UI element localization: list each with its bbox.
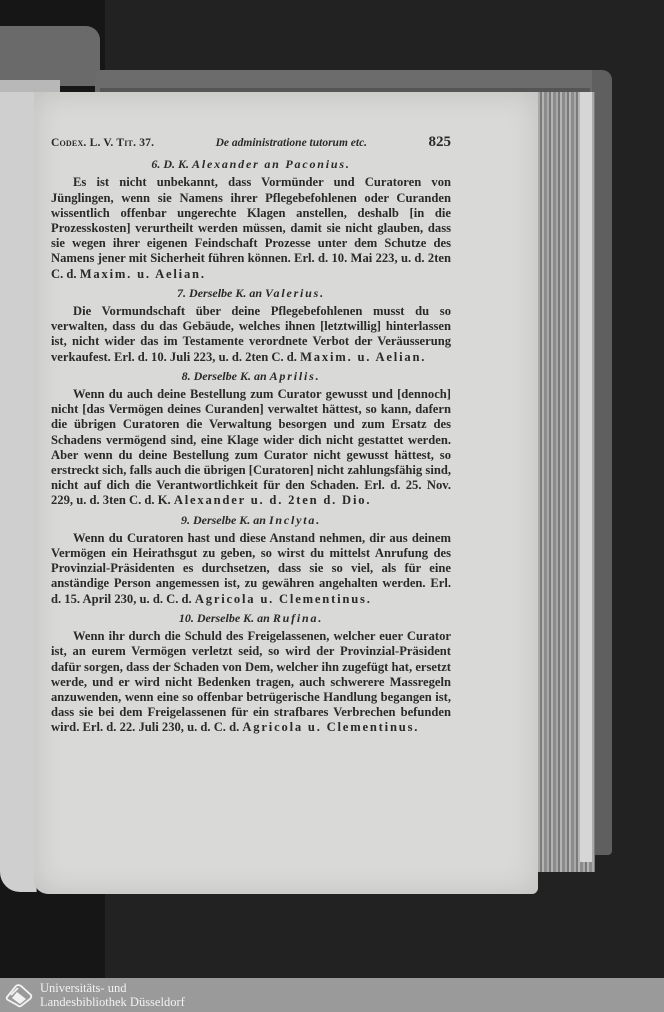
section-consuls: Agricola u. Clementinus.	[242, 720, 419, 734]
section-addressor: D. K.	[163, 157, 189, 171]
section-heading: 6. D. K. Alexander an Paconius.	[51, 157, 451, 172]
page-edge-light	[580, 92, 592, 862]
section-consuls: Maxim. u. Aelian.	[300, 350, 426, 364]
section-body: Wenn ihr durch die Schuld des Freigelass…	[51, 629, 451, 734]
section-addressee: Aprilis.	[270, 369, 321, 383]
section-body: Es ist nicht unbekannt, dass Vormünder u…	[51, 175, 451, 280]
section-consuls: Agricola u. Clementinus.	[195, 592, 372, 606]
page-content: Codex. L. V. Tit. 37. De administratione…	[51, 135, 451, 740]
running-head-title: De administratione tutorum etc.	[216, 136, 367, 151]
section-number: 6.	[151, 157, 160, 171]
section-heading: 10. Derselbe K. an Rufina.	[51, 611, 451, 626]
left-cover	[0, 26, 100, 86]
section-number: 8.	[182, 369, 191, 383]
section-heading: 9. Derselbe K. an Inclyta.	[51, 513, 451, 528]
book-cover-right	[592, 70, 612, 855]
section-text: Wenn ihr durch die Schuld des Freigelass…	[51, 629, 451, 735]
section-text: Wenn du Curatoren hast und diese Anstand…	[51, 531, 451, 607]
section-addressee: Alexander an Paconius.	[192, 157, 351, 171]
section-text: Wenn du auch deine Bestellung zum Curato…	[51, 387, 451, 509]
book-scan: Codex. L. V. Tit. 37. De administratione…	[0, 0, 664, 978]
section-addressor: Derselbe K. an	[189, 286, 262, 300]
section-addressor: Derselbe K. an	[193, 513, 266, 527]
section-text: Die Vormundschaft über deine Pflegebefoh…	[51, 304, 451, 365]
section-text: Es ist nicht unbekannt, dass Vormünder u…	[51, 175, 451, 281]
book-logo-icon	[4, 982, 34, 1008]
section-number: 10.	[179, 611, 194, 625]
library-name-line1: Universitäts- und	[40, 981, 185, 995]
section-heading: 8. Derselbe K. an Aprilis.	[51, 369, 451, 384]
left-page	[0, 92, 37, 892]
section-addressee: Inclyta.	[269, 513, 321, 527]
page-number: 825	[428, 135, 451, 150]
library-name-line2: Landesbibliothek Düsseldorf	[40, 995, 185, 1009]
section-addressee: Rufina.	[273, 611, 323, 625]
running-head: Codex. L. V. Tit. 37. De administratione…	[51, 135, 451, 151]
section-consuls: Maxim. u. Aelian.	[80, 267, 206, 281]
section-addressor: Derselbe K. an	[197, 611, 270, 625]
section-number: 7.	[177, 286, 186, 300]
section-addressee: Valerius.	[265, 286, 325, 300]
section-consuls: Alexander u. d. 2ten d. Dio.	[174, 493, 371, 507]
library-name: Universitäts- und Landesbibliothek Düsse…	[40, 981, 185, 1009]
section-heading: 7. Derselbe K. an Valerius.	[51, 286, 451, 301]
section-addressor: Derselbe K. an	[194, 369, 267, 383]
library-footer: Universitäts- und Landesbibliothek Düsse…	[0, 978, 664, 1012]
section-body: Wenn du auch deine Bestellung zum Curato…	[51, 387, 451, 507]
running-head-codex: Codex. L. V. Tit. 37.	[51, 136, 154, 151]
section-number: 9.	[181, 513, 190, 527]
